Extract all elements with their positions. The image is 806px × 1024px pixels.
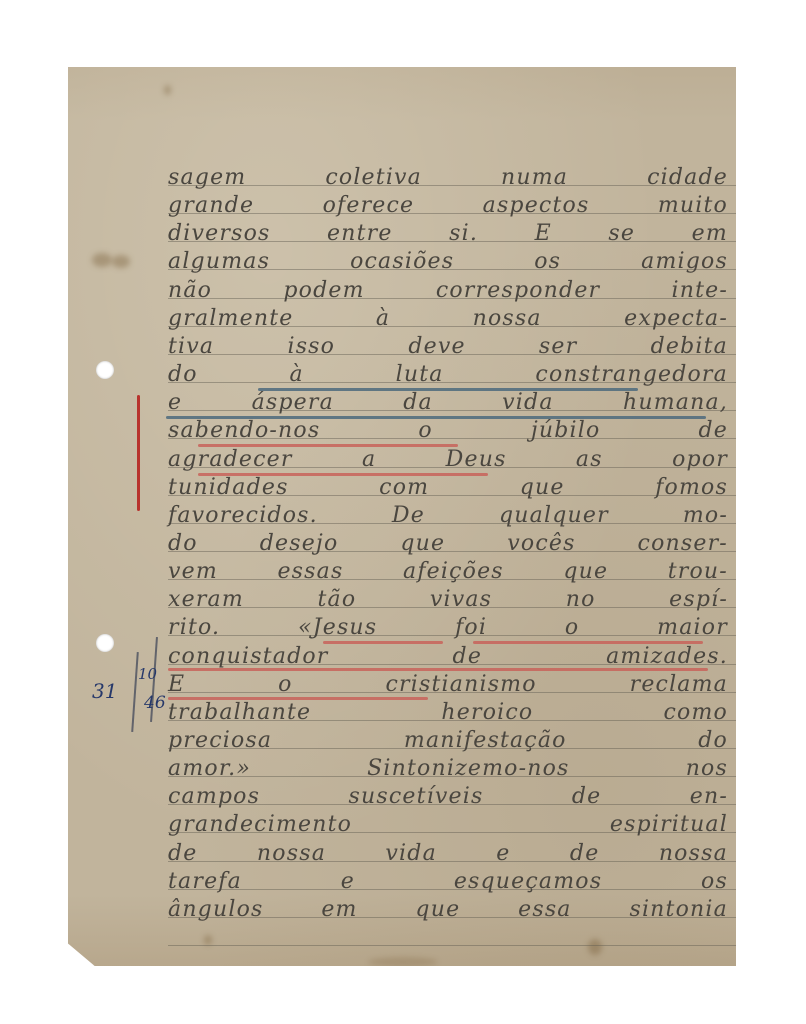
handwritten-word: vida [502, 392, 553, 414]
handwritten-word: humana, [623, 392, 728, 414]
handwritten-word: E [535, 223, 552, 245]
handwritten-word: sagem [168, 167, 246, 189]
handwritten-word: tiva [168, 336, 214, 358]
handwritten-word: si. [449, 223, 478, 245]
handwritten-word: cristianismo [386, 674, 537, 696]
handwritten-line: sagemcoletivanumacidade [168, 161, 728, 189]
handwritten-word: não [168, 280, 212, 302]
handwritten-word: amigos [641, 251, 728, 273]
punch-hole-top [96, 361, 114, 379]
handwritten-word: essa [518, 899, 572, 921]
handwritten-line: grandeofereceaspectosmuito [168, 189, 728, 217]
handwritten-word: da [403, 392, 433, 414]
handwritten-line: eásperadavidahumana, [168, 386, 728, 414]
margin-date-month: 10 [138, 665, 157, 683]
handwritten-word: diversos [168, 223, 271, 245]
handwritten-word: ser [539, 336, 577, 358]
handwritten-word: luta [396, 364, 444, 386]
handwritten-line: campossuscetíveisdeen- [168, 780, 728, 808]
handwritten-word: o [278, 674, 292, 696]
handwritten-line: grandecimentoespiritual [168, 808, 728, 836]
handwritten-word: preciosa [168, 730, 272, 752]
handwritten-word: que [415, 899, 460, 921]
ruled-line [168, 945, 736, 946]
handwritten-word: tão [317, 589, 356, 611]
handwritten-word: xeram [168, 589, 244, 611]
handwritten-line: nãopodemcorresponderinte- [168, 274, 728, 302]
handwritten-word: maior [657, 617, 728, 639]
handwritten-word: fomos [655, 477, 728, 499]
stain [164, 85, 171, 95]
handwritten-word: podem [283, 280, 364, 302]
handwritten-line: amor.»Sintonizemo-nosnos [168, 752, 728, 780]
punch-hole-bottom [96, 634, 114, 652]
handwritten-word: ângulos [168, 899, 264, 921]
handwritten-word: muito [658, 195, 728, 217]
handwritten-word: que [400, 533, 445, 555]
handwritten-word: a [362, 449, 376, 471]
handwritten-word: que [520, 477, 565, 499]
handwritten-line: gralmenteànossaexpecta- [168, 302, 728, 330]
handwritten-word: grandecimento [168, 814, 352, 836]
handwritten-word: desejo [260, 533, 339, 555]
handwritten-word: de [570, 843, 600, 865]
handwritten-word: com [379, 477, 429, 499]
handwritten-word: do [168, 533, 198, 555]
handwritten-line: Eocristianismoreclama [168, 668, 728, 696]
handwritten-word: reclama [630, 674, 728, 696]
handwritten-line: denossavidaedenossa [168, 837, 728, 865]
margin-date-year: 46 [144, 693, 166, 713]
handwritten-word: afeições [403, 561, 504, 583]
handwritten-line: tivaissodeveserdebita [168, 330, 728, 358]
paper-sheet: 31 10 46 sagemcoletivanumacidadegrandeof… [68, 67, 736, 966]
handwritten-word: conser- [638, 533, 728, 555]
handwritten-word: entre [327, 223, 393, 245]
handwritten-word: campos [168, 786, 260, 808]
handwritten-word: à [376, 308, 390, 330]
handwritten-word: ocasiões [350, 251, 454, 273]
handwritten-word: do [698, 730, 728, 752]
handwritten-word: se [608, 223, 635, 245]
stain [204, 935, 212, 945]
handwritten-word: nossa [659, 843, 728, 865]
handwritten-word: de [572, 786, 602, 808]
handwritten-word: os [701, 871, 728, 893]
handwritten-word: sabendo-nos [168, 420, 320, 442]
handwritten-word: espí- [669, 589, 728, 611]
red-margin-bar [137, 395, 140, 511]
handwritten-word: amizades. [606, 646, 728, 668]
handwritten-word: algumas [168, 251, 270, 273]
handwritten-word: essas [277, 561, 343, 583]
handwritten-line: dodesejoquevocêsconser- [168, 527, 728, 555]
handwritten-word: áspera [252, 392, 334, 414]
handwritten-word: vivas [430, 589, 492, 611]
handwritten-line: trabalhanteheroicocomo [168, 696, 728, 724]
handwritten-word: heroico [441, 702, 533, 724]
handwritten-word: manifestação [404, 730, 567, 752]
handwritten-line: conquistadordeamizades. [168, 640, 728, 668]
handwritten-word: esqueçamos [454, 871, 602, 893]
handwritten-word: debita [651, 336, 728, 358]
handwritten-line: diversosentresi.Eseem [168, 217, 728, 245]
handwritten-line: doàlutaconstrangedora [168, 358, 728, 386]
handwritten-word: espiritual [610, 814, 728, 836]
handwritten-word: as [576, 449, 603, 471]
handwritten-word: numa [501, 167, 568, 189]
handwritten-word: tunidades [168, 477, 289, 499]
handwritten-word: o [418, 420, 432, 442]
handwritten-word: que [563, 561, 608, 583]
handwritten-word: o [565, 617, 579, 639]
handwritten-word: deve [408, 336, 465, 358]
handwritten-word: júbilo [531, 420, 601, 442]
handwritten-word: constrangedora [535, 364, 728, 386]
handwritten-word: vocês [507, 533, 575, 555]
handwritten-word: e [341, 871, 355, 893]
handwritten-word: rito. [168, 617, 220, 639]
handwritten-word: como [664, 702, 728, 724]
handwritten-word: coletiva [325, 167, 422, 189]
handwritten-word: oferece [323, 195, 415, 217]
handwritten-word: do [168, 364, 198, 386]
stain [92, 253, 112, 267]
handwritten-word: gralmente [168, 308, 293, 330]
handwritten-word: aspectos [483, 195, 590, 217]
handwritten-word: expecta- [624, 308, 728, 330]
handwritten-line: sabendo-nosojúbilode [168, 414, 728, 442]
handwritten-word: conquistador [168, 646, 329, 668]
handwritten-line: vemessasafeiçõesquetrou- [168, 555, 728, 583]
handwritten-word: em [321, 899, 357, 921]
handwritten-word: grande [168, 195, 254, 217]
handwritten-line: favorecidos.Dequalquermo- [168, 499, 728, 527]
handwritten-word: Deus [446, 449, 507, 471]
margin-date-day: 31 [92, 679, 117, 703]
handwritten-word: no [566, 589, 596, 611]
handwritten-word: nossa [473, 308, 542, 330]
handwritten-word: foi [455, 617, 487, 639]
handwritten-word: e [496, 843, 510, 865]
handwritten-word: tarefa [168, 871, 242, 893]
handwritten-line: rito.«Jesusfoiomaior [168, 611, 728, 639]
handwritten-word: agradecer [168, 449, 293, 471]
handwritten-word: trou- [668, 561, 728, 583]
handwritten-line: tarefaeesqueçamosos [168, 865, 728, 893]
handwritten-word: nossa [257, 843, 326, 865]
handwritten-word: vem [168, 561, 218, 583]
handwritten-line: tunidadescomquefomos [168, 471, 728, 499]
handwritten-line: xeramtãovivasnoespí- [168, 583, 728, 611]
handwritten-word: vida [385, 843, 436, 865]
handwritten-word: trabalhante [168, 702, 311, 724]
handwritten-line: agradeceraDeusasopor [168, 443, 728, 471]
handwritten-word: De [392, 505, 425, 527]
handwritten-word: de [698, 420, 728, 442]
handwritten-word: cidade [647, 167, 728, 189]
handwritten-word: favorecidos. [168, 505, 318, 527]
handwritten-word: os [534, 251, 561, 273]
handwritten-word: isso [287, 336, 335, 358]
handwritten-word: sintonia [629, 899, 728, 921]
handwritten-word: amor.» [168, 758, 251, 780]
stain [368, 957, 438, 967]
handwritten-word: corresponder [436, 280, 600, 302]
handwritten-line: preciosamanifestaçãodo [168, 724, 728, 752]
handwritten-word: de [168, 843, 198, 865]
handwritten-word: qualquer [499, 505, 609, 527]
handwritten-word: nos [686, 758, 728, 780]
handwritten-word: em [692, 223, 728, 245]
stain [588, 939, 602, 955]
handwritten-word: E [168, 674, 185, 696]
handwritten-word: suscetíveis [349, 786, 484, 808]
handwritten-word: opor [672, 449, 728, 471]
stain [112, 255, 130, 268]
handwritten-word: en- [690, 786, 728, 808]
handwritten-word: e [168, 392, 182, 414]
handwritten-word: inte- [671, 280, 728, 302]
handwritten-line: algumasocasiõesosamigos [168, 245, 728, 273]
handwritten-line: ângulosemqueessasintonia [168, 893, 728, 921]
handwritten-word: Sintonizemo-nos [367, 758, 569, 780]
handwritten-word: mo- [683, 505, 728, 527]
handwritten-word: à [290, 364, 304, 386]
handwritten-word: de [453, 646, 483, 668]
handwritten-word: «Jesus [298, 617, 377, 639]
